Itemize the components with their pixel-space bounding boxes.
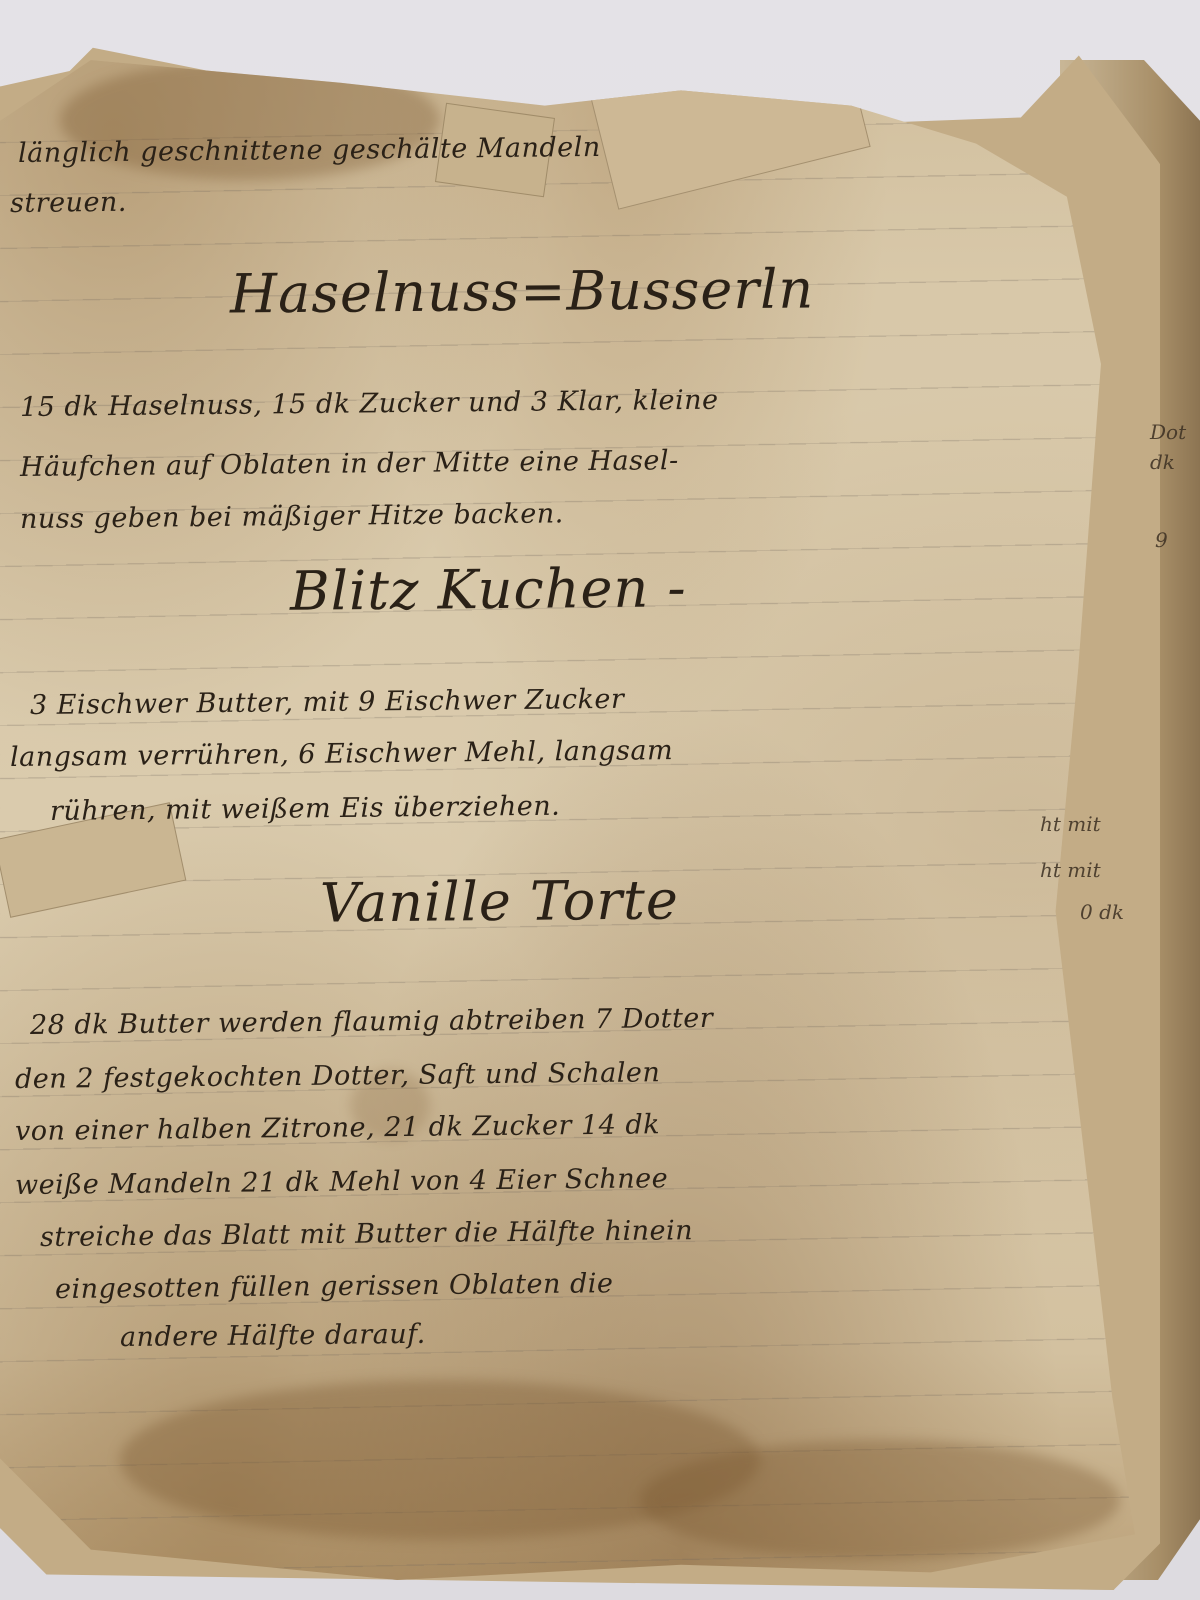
fragment-line: länglich geschnittene geschälte Mandeln [18, 132, 601, 169]
margin-fragment: 9 [1155, 528, 1168, 552]
recipe-line: nuss geben bei mäßiger Hitze backen. [20, 498, 564, 535]
recipe-title-blitz-kuchen: Blitz Kuchen - [290, 556, 687, 622]
margin-fragment: ht mit [1040, 858, 1101, 882]
margin-fragment: Dot [1150, 420, 1186, 444]
recipe-page: länglich geschnittene geschälte Mandeln … [0, 60, 1135, 1580]
margin-fragment: dk [1150, 450, 1175, 474]
recipe-line: andere Hälfte darauf. [120, 1319, 426, 1353]
recipe-line: eingesotten füllen gerissen Oblaten die [55, 1268, 614, 1305]
fragment-line: streuen. [10, 187, 127, 219]
recipe-line: rühren, mit weißem Eis überziehen. [50, 791, 561, 827]
recipe-title-haselnuss-busserln: Haselnuss=Busserln [230, 257, 815, 325]
recipe-title-vanille-torte: Vanille Torte [320, 868, 679, 934]
margin-fragment: 0 dk [1080, 900, 1124, 924]
stain [640, 1440, 1120, 1560]
photo-scene: länglich geschnittene geschälte Mandeln … [0, 0, 1200, 1600]
margin-fragment: ht mit [1040, 812, 1101, 836]
recipe-line: 3 Eischwer Butter, mit 9 Eischwer Zucker [30, 684, 625, 721]
